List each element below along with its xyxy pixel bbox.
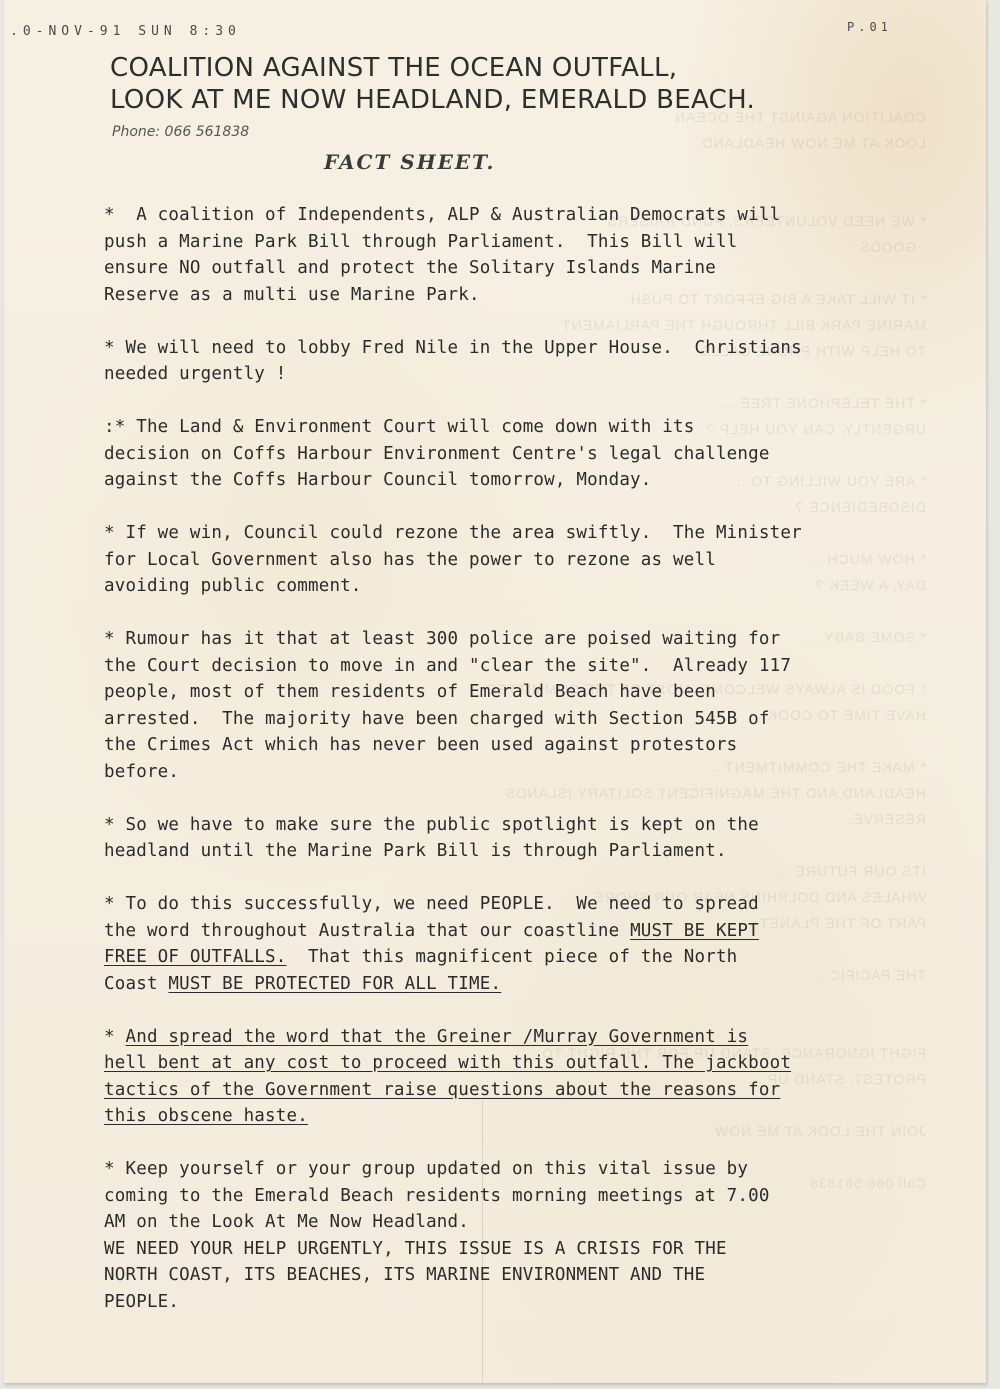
fact-sheet-heading: FACT SHEET. [324, 150, 495, 174]
document-title: COALITION AGAINST THE OCEAN OUTFALL, LOO… [110, 52, 755, 116]
fact-paragraph: * Rumour has it that at least 300 police… [104, 626, 804, 785]
paragraph-spacer [104, 1130, 804, 1157]
fax-page-sheet: COALITION AGAINST THE OCEAN LOOK AT ME N… [4, 0, 986, 1383]
paragraph-spacer [104, 494, 804, 521]
paragraph-spacer [104, 997, 804, 1024]
emphasized-underlined-text: MUST BE PROTECTED FOR ALL TIME. [168, 974, 501, 994]
title-line-1: COALITION AGAINST THE OCEAN OUTFALL, [110, 53, 677, 83]
fact-paragraph: :* The Land & Environment Court will com… [104, 414, 804, 494]
fact-paragraph: * And spread the word that the Greiner /… [104, 1024, 804, 1130]
paragraph-spacer [104, 785, 804, 812]
paragraph-spacer [104, 865, 804, 892]
fax-page-number: P.01 [847, 20, 892, 34]
fact-paragraph: * Keep yourself or your group updated on… [104, 1156, 804, 1315]
fact-paragraph: * To do this successfully, we need PEOPL… [104, 891, 804, 997]
fact-paragraph: * So we have to make sure the public spo… [104, 812, 804, 865]
fact-paragraph: * We will need to lobby Fred Nile in the… [104, 335, 804, 388]
fax-transmission-header: .0-NOV-91 SUN 8:30 [10, 24, 241, 39]
fact-sheet-body: * A coalition of Independents, ALP & Aus… [104, 202, 804, 1315]
emphasized-underlined-text: And spread the word that the Greiner /Mu… [104, 1027, 791, 1127]
paragraph-spacer [104, 600, 804, 627]
paragraph-text: * [104, 1027, 125, 1047]
fact-paragraph: * If we win, Council could rezone the ar… [104, 520, 804, 600]
fact-paragraph: * A coalition of Independents, ALP & Aus… [104, 202, 804, 308]
phone-number: Phone: 066 561838 [112, 124, 249, 140]
title-line-2: LOOK AT ME NOW HEADLAND, EMERALD BEACH. [110, 85, 755, 115]
paragraph-spacer [104, 308, 804, 335]
paragraph-spacer [104, 388, 804, 415]
